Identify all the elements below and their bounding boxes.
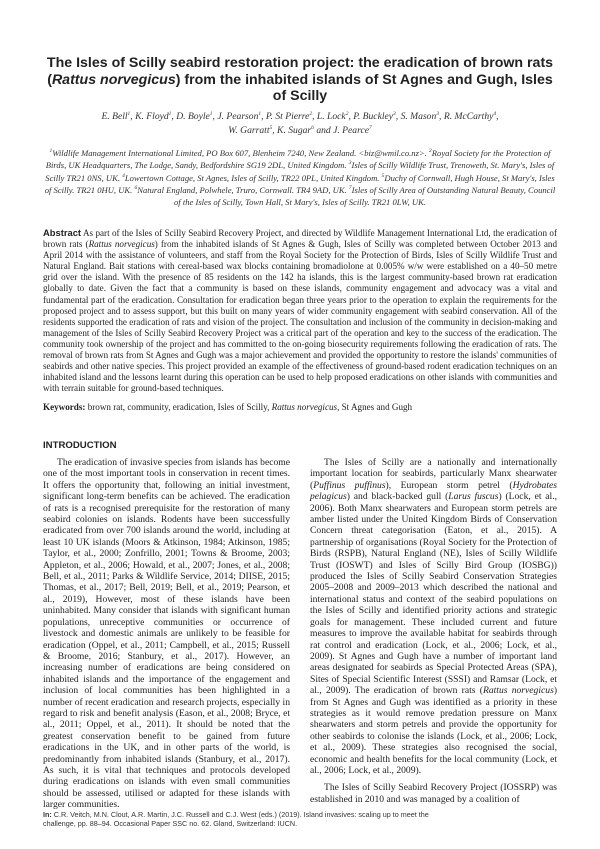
author: R. McCarthy4, bbox=[444, 111, 499, 122]
keywords: Keywords: brown rat, community, eradicat… bbox=[43, 402, 557, 413]
paragraph: The Isles of Scilly Seabird Recovery Pro… bbox=[310, 782, 557, 805]
affiliation: 1Wildlife Management International Limit… bbox=[49, 148, 429, 158]
author: J. Pearce7 bbox=[333, 125, 372, 136]
author: D. Boyle1, bbox=[176, 111, 217, 122]
body-column-left: The eradication of invasive species from… bbox=[43, 457, 290, 811]
affiliation: 6Natural England, Polwhele, Truro, Cornw… bbox=[134, 185, 348, 195]
abstract: Abstract As part of the Isles of Scilly … bbox=[43, 227, 557, 394]
author: K. Floyd1, bbox=[135, 111, 176, 122]
author: E. Bell1, bbox=[101, 111, 135, 122]
title-species-name: Rattus norvegicus bbox=[52, 72, 176, 88]
author: W. Garratt5, bbox=[228, 125, 277, 136]
section-heading-introduction: INTRODUCTION bbox=[43, 440, 117, 451]
author: P. St Pierre2, bbox=[266, 111, 317, 122]
citation-footnote: In: C.R. Veitch, M.N. Clout, A.R. Martin… bbox=[43, 810, 443, 829]
species-name: Rattus norvegicus bbox=[89, 239, 155, 249]
abstract-label: Abstract bbox=[43, 227, 81, 238]
footnote-label: In: bbox=[43, 810, 52, 819]
affiliations: 1Wildlife Management International Limit… bbox=[44, 147, 556, 208]
author-list: E. Bell1, K. Floyd1, D. Boyle1, J. Pears… bbox=[60, 110, 540, 137]
author: S. Mason3, bbox=[401, 111, 444, 122]
affiliation: 4Lowertown Cottage, St Agnes, Isles of S… bbox=[122, 173, 381, 183]
paragraph: The Isles of Scilly are a nationally and… bbox=[310, 457, 557, 776]
paragraph: The eradication of invasive species from… bbox=[43, 457, 290, 811]
title-text: ) from the inhabited islands of St Agnes… bbox=[176, 72, 553, 105]
paper-title: The Isles of Scilly seabird restoration … bbox=[40, 55, 560, 105]
author: L. Lock2, bbox=[317, 111, 353, 122]
author: P. Buckley3, bbox=[353, 111, 400, 122]
author: K. Sugar6 and bbox=[277, 125, 333, 136]
species-name: Rattus norvegicus bbox=[272, 402, 337, 412]
keywords-label: Keywords: bbox=[43, 402, 85, 412]
body-column-right: The Isles of Scilly are a nationally and… bbox=[310, 457, 557, 805]
author: J. Pearson1, bbox=[217, 111, 266, 122]
paper-page: The Isles of Scilly seabird restoration … bbox=[0, 0, 600, 849]
